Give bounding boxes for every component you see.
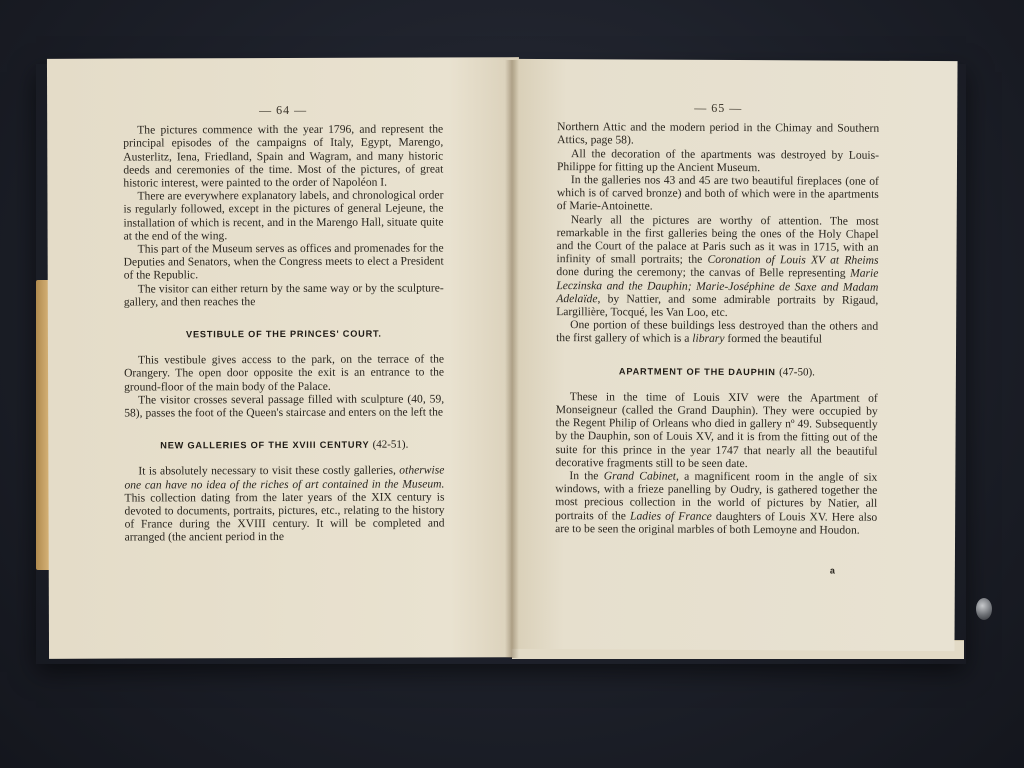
text-run: , by Nattier, and some admirable portrai… [556,292,878,319]
photo-scene: — 64 — The pictures commence with the ye… [0,0,1024,768]
text-run: formed the beautiful [724,332,822,346]
paragraph: There are everywhere explanatory labels,… [123,189,443,243]
paragraph: The visitor can either return by the sam… [124,281,444,309]
paragraph: These in the time of Louis XIV were the … [555,390,877,471]
right-page: — 65 — Northern Attic and the modern per… [510,59,957,651]
italic-run: library [692,332,724,345]
heading-text: APARTMENT OF THE DAUPHIN [619,366,776,377]
text-run: done during the ceremony; the canvas of … [556,266,850,281]
page-number: — 65 — [557,101,879,116]
heading-text: NEW GALLERIES OF THE XVIII CENTURY [160,440,369,451]
signature-mark: a [830,566,835,576]
page-number: — 64 — [123,103,443,117]
italic-run: Ladies of France [630,509,712,522]
section-heading: NEW GALLERIES OF THE XVIII CENTURY (42-5… [124,439,444,453]
section-heading: APARTMENT OF THE DAUPHIN (47-50). [556,365,878,380]
right-page-text: — 65 — Northern Attic and the modern per… [555,101,879,537]
paragraph: All the decoration of the apartments was… [557,147,879,175]
paragraph: This part of the Museum serves as office… [124,241,444,282]
text-run: In the [569,469,603,482]
table-rivet [976,598,992,620]
paragraph: Nearly all the pictures are worthy of at… [556,213,879,320]
paragraph: Northern Attic and the modern period in … [557,120,879,148]
text-run: It is absolutely necessary to visit thes… [138,464,399,478]
paragraph: In the galleries nos 43 and 45 are two b… [557,173,879,214]
paragraph: One portion of these buildings less dest… [556,318,878,346]
paragraph: The visitor crosses several passage fill… [124,392,444,420]
paragraph: This vestibule gives access to the park,… [124,353,444,394]
section-heading: VESTIBULE OF THE PRINCES' COURT. [124,327,444,341]
paragraph: In the Grand Cabinet, a magnificent room… [555,469,877,537]
paragraph: It is absolutely necessary to visit thes… [124,464,444,544]
text-run: This collection dating from the later ye… [124,490,444,544]
italic-run: Grand Cabinet [604,469,676,482]
book-gutter [505,60,519,658]
heading-room-numbers: (42-51). [373,439,409,451]
left-page-text: — 64 — The pictures commence with the ye… [123,103,445,544]
italic-run: Coronation of Louis XV at Rheims [707,253,878,267]
paragraph: The pictures commence with the year 1796… [123,123,443,190]
heading-room-numbers: (47-50). [779,366,815,378]
left-page: — 64 — The pictures commence with the ye… [47,57,521,659]
